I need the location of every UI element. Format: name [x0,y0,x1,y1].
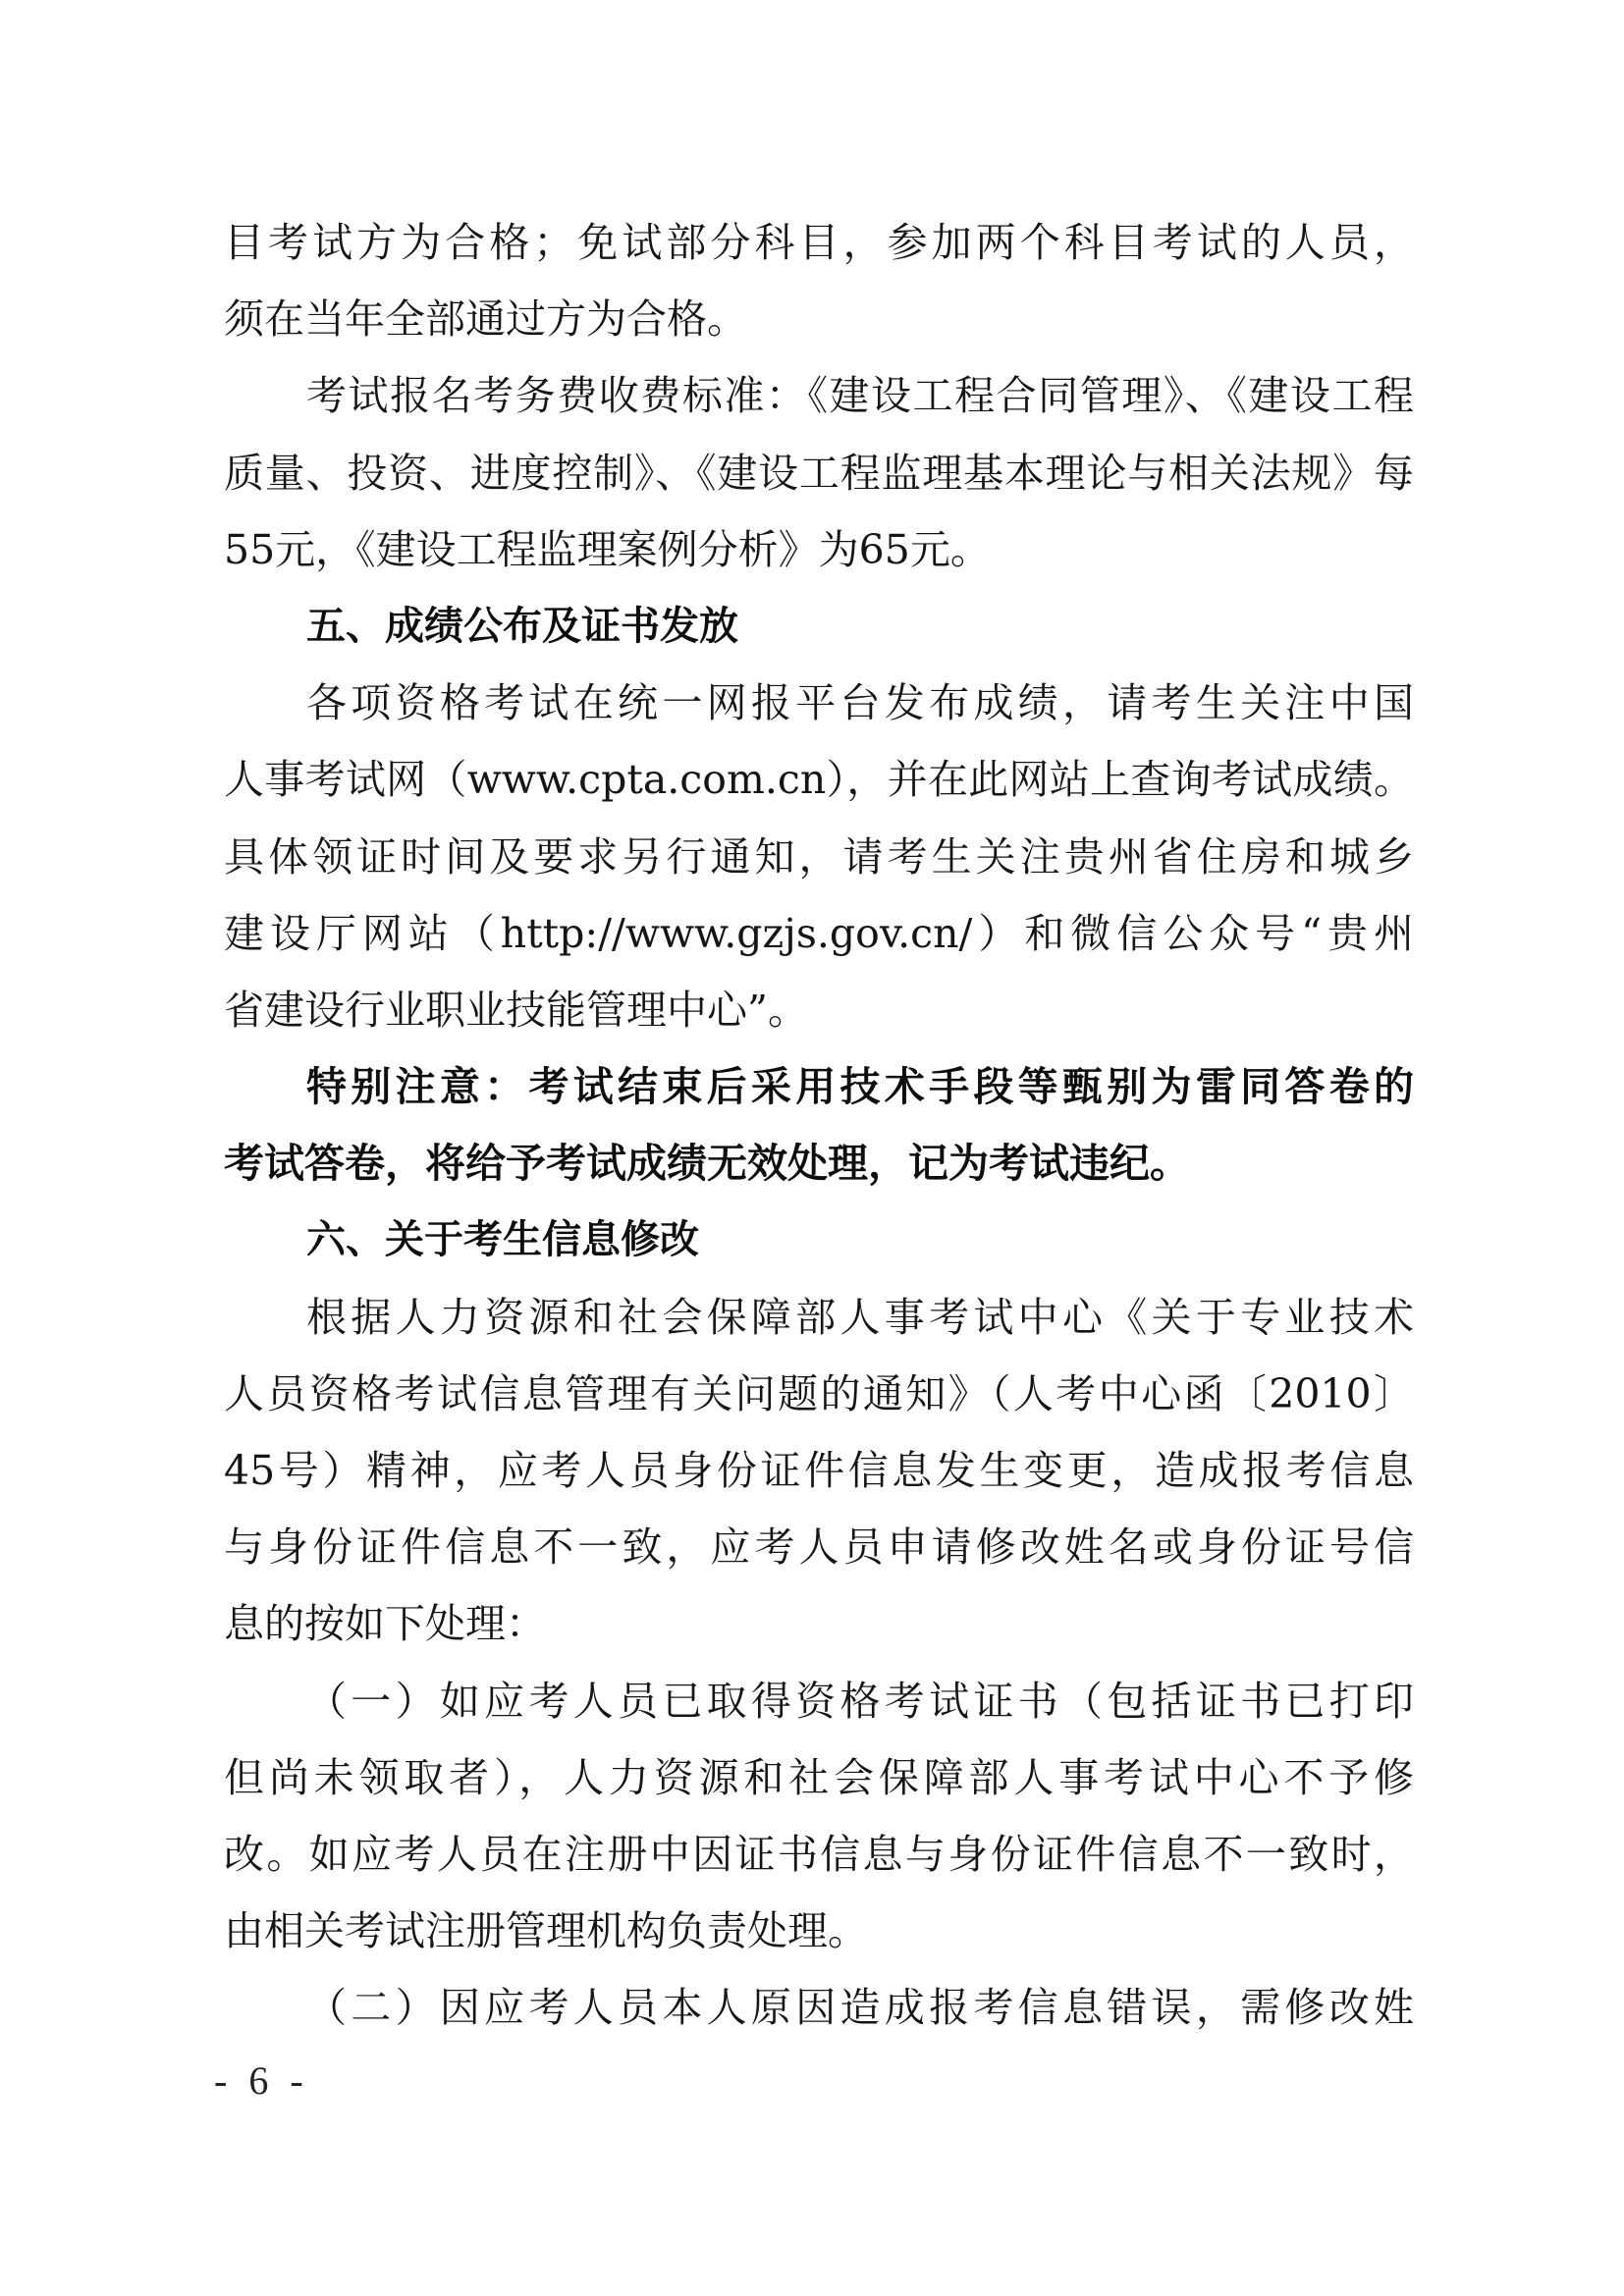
special-notice-line: 特别注意：考试结束后采用技术手段等甄别为雷同答卷的 [224,1048,1414,1125]
paragraph-line: 省建设行业职业技能管理中心”。 [224,972,1414,1048]
paragraph-line: 与身份证件信息不一致，应考人员申请修改姓名或身份证号信 [224,1509,1414,1585]
list-item-line: （二）因应考人员本人原因造成报考信息错误，需修改姓 [224,1969,1414,2046]
paragraph-line: 根据人力资源和社会保障部人事考试中心《关于专业技术 [224,1279,1414,1356]
list-item-line: （一）如应考人员已取得资格考试证书（包括证书已打印 [224,1663,1414,1739]
list-item-line: 改。如应考人员在注册中因证书信息与身份证件信息不一致时， [224,1816,1414,1893]
page-number: - 6 - [214,2059,309,2103]
list-item-line: 由相关考试注册管理机构负责处理。 [224,1893,1414,1969]
document-page: 目考试方为合格；免试部分科目，参加两个科目考试的人员， 须在当年全部通过方为合格… [0,0,1624,2296]
section-heading-results: 五、成绩公布及证书发放 [224,588,1414,665]
paragraph-line: 各项资格考试在统一网报平台发布成绩，请考生关注中国 [224,665,1414,741]
special-notice-line: 考试答卷，将给予考试成绩无效处理，记为考试违纪。 [224,1125,1414,1201]
paragraph-line: 人员资格考试信息管理有关问题的通知》（人考中心函〔2010〕 [224,1356,1414,1432]
paragraph-line: 55元，《建设工程监理案例分析》为65元。 [224,511,1414,588]
paragraph-line: 建设厅网站（http://www.gzjs.gov.cn/）和微信公众号“贵州 [224,895,1414,972]
paragraph-line: 45号）精神，应考人员身份证件信息发生变更，造成报考信息 [224,1432,1414,1509]
paragraph-line: 目考试方为合格；免试部分科目，参加两个科目考试的人员， [224,204,1414,281]
list-item-line: 但尚未领取者），人力资源和社会保障部人事考试中心不予修 [224,1739,1414,1816]
paragraph-line: 考试报名考务费收费标准：《建设工程合同管理》、《建设工程 [224,357,1414,434]
paragraph-line: 息的按如下处理： [224,1585,1414,1662]
paragraph-line: 具体领证时间及要求另行通知，请考生关注贵州省住房和城乡 [224,819,1414,895]
section-heading-info-modification: 六、关于考生信息修改 [224,1201,1414,1278]
paragraph-line: 质量、投资、进度控制》、《建设工程监理基本理论与相关法规》每科各 [224,435,1414,511]
paragraph-line: 人事考试网（www.cpta.com.cn），并在此网站上查询考试成绩。 [224,741,1414,818]
paragraph-line: 须在当年全部通过方为合格。 [224,281,1414,357]
document-body: 目考试方为合格；免试部分科目，参加两个科目考试的人员， 须在当年全部通过方为合格… [224,204,1414,2047]
